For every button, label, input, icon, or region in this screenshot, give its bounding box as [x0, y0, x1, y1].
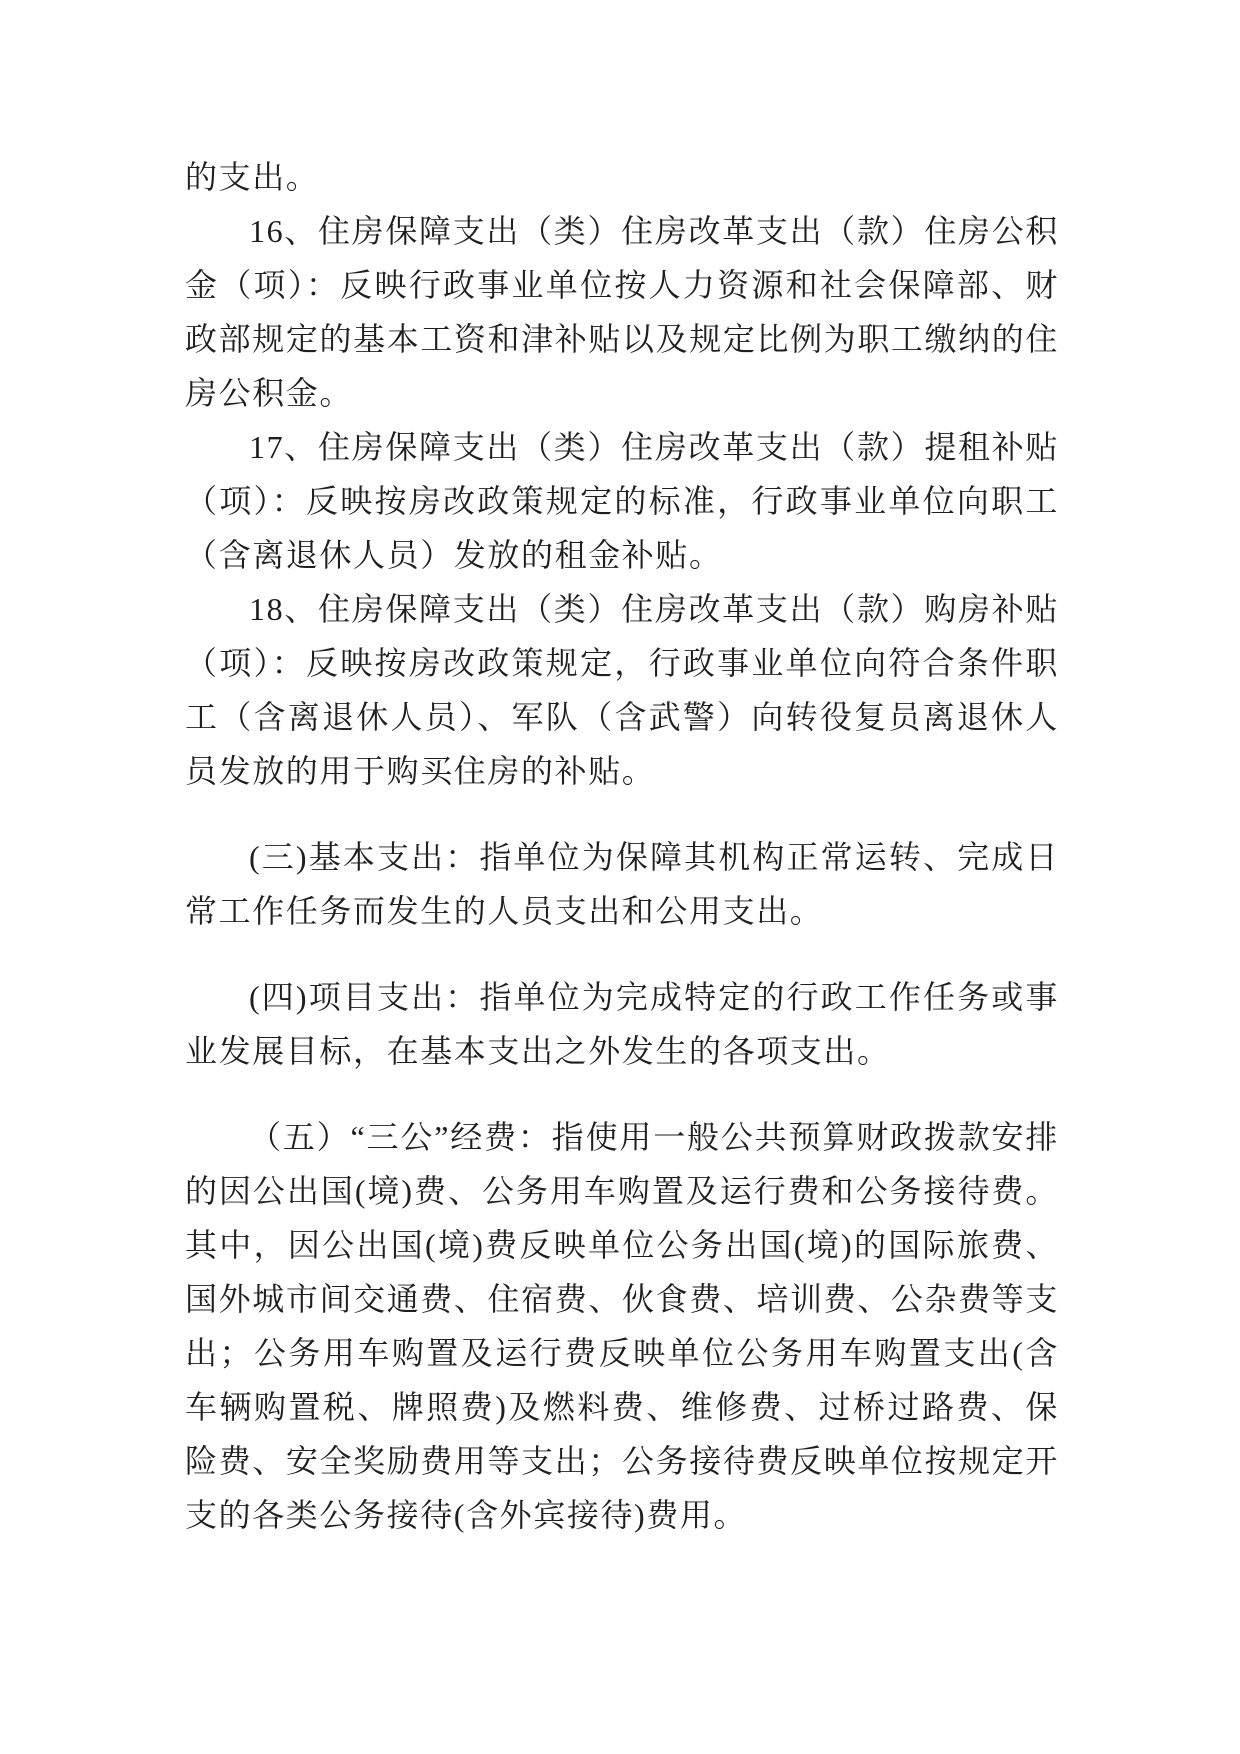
- text-line: 17、住房保障支出（类）住房改革支出（款）提租补贴: [185, 420, 1059, 474]
- para-basic-expenditure: (三)基本支出：指单位为保障其机构正常运转、完成日常工作任务而发生的人员支出和公…: [185, 830, 1059, 938]
- text-line: (三)基本支出：指单位为保障其机构正常运转、完成日: [185, 830, 1059, 884]
- text-line: （项）：反映按房改政策规定的标准，行政事业单位向职工: [185, 474, 1059, 528]
- text-line: （项）：反映按房改政策规定，行政事业单位向符合条件职: [185, 636, 1059, 690]
- para-continuation: 的支出。: [185, 150, 1059, 204]
- para-16-housing-provident-fund: 16、住房保障支出（类）住房改革支出（款）住房公积金（项）：反映行政事业单位按人…: [185, 204, 1059, 420]
- para-18-home-purchase-subsidy: 18、住房保障支出（类）住房改革支出（款）购房补贴（项）：反映按房改政策规定，行…: [185, 582, 1059, 798]
- text-line: 员发放的用于购买住房的补贴。: [185, 744, 1059, 798]
- text-line: (四)项目支出：指单位为完成特定的行政工作任务或事: [185, 970, 1059, 1024]
- text-line: 其中，因公出国(境)费反映单位公务出国(境)的国际旅费、: [185, 1218, 1059, 1272]
- text-line: 的支出。: [185, 150, 1059, 204]
- text-line: 业发展目标，在基本支出之外发生的各项支出。: [185, 1024, 1059, 1078]
- text-line: 16、住房保障支出（类）住房改革支出（款）住房公积: [185, 204, 1059, 258]
- page: 的支出。16、住房保障支出（类）住房改革支出（款）住房公积金（项）：反映行政事业…: [0, 0, 1240, 1754]
- text-line: 出；公务用车购置及运行费反映单位公务用车购置支出(含: [185, 1326, 1059, 1380]
- text-line: 政部规定的基本工资和津补贴以及规定比例为职工缴纳的住: [185, 312, 1059, 366]
- text-line: 房公积金。: [185, 366, 1059, 420]
- text-line: 常工作任务而发生的人员支出和公用支出。: [185, 884, 1059, 938]
- text-line: 18、住房保障支出（类）住房改革支出（款）购房补贴: [185, 582, 1059, 636]
- text-line: 金（项）：反映行政事业单位按人力资源和社会保障部、财: [185, 258, 1059, 312]
- text-line: 国外城市间交通费、住宿费、伙食费、培训费、公杂费等支: [185, 1272, 1059, 1326]
- text-line: （含离退休人员）发放的租金补贴。: [185, 528, 1059, 582]
- para-project-expenditure: (四)项目支出：指单位为完成特定的行政工作任务或事业发展目标，在基本支出之外发生…: [185, 970, 1059, 1078]
- text-line: 的因公出国(境)费、公务用车购置及运行费和公务接待费。: [185, 1164, 1059, 1218]
- text-line: 支的各类公务接待(含外宾接待)费用。: [185, 1488, 1059, 1542]
- para-three-public-expenses: （五）“三公”经费：指使用一般公共预算财政拨款安排的因公出国(境)费、公务用车购…: [185, 1110, 1059, 1542]
- text-line: 车辆购置税、牌照费)及燃料费、维修费、过桥过路费、保: [185, 1380, 1059, 1434]
- text-column: 的支出。16、住房保障支出（类）住房改革支出（款）住房公积金（项）：反映行政事业…: [185, 150, 1059, 1542]
- text-line: 险费、安全奖励费用等支出；公务接待费反映单位按规定开: [185, 1434, 1059, 1488]
- text-line: （五）“三公”经费：指使用一般公共预算财政拨款安排: [185, 1110, 1059, 1164]
- para-17-rent-subsidy: 17、住房保障支出（类）住房改革支出（款）提租补贴（项）：反映按房改政策规定的标…: [185, 420, 1059, 582]
- text-line: 工（含离退休人员）、军队（含武警）向转役复员离退休人: [185, 690, 1059, 744]
